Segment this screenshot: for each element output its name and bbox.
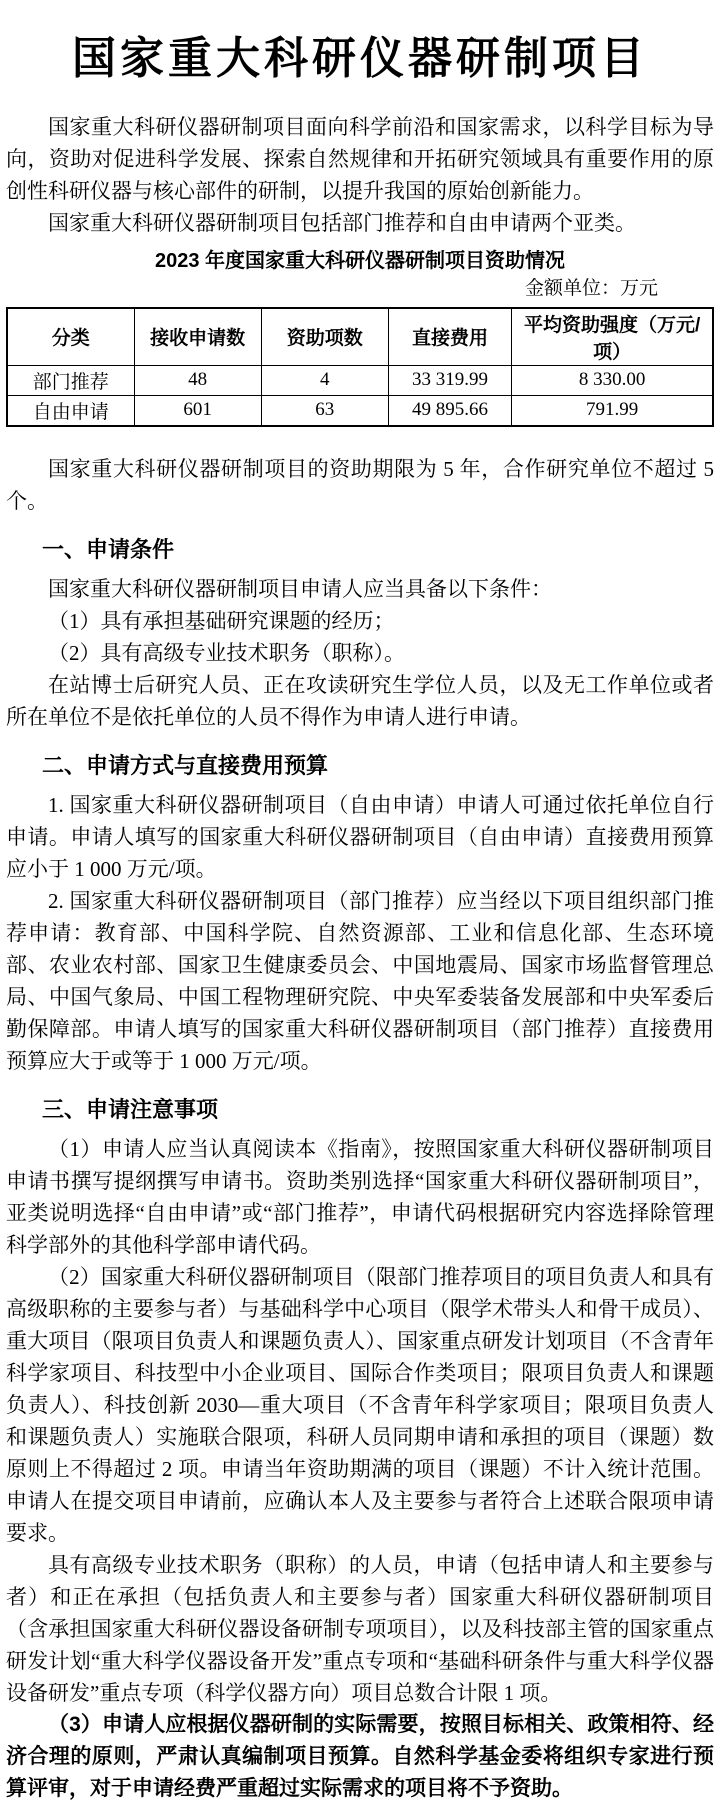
table-cell: 791.99 [512,395,713,426]
header-cell-average-intensity: 平均资助强度（万元/项） [512,308,713,366]
funding-table-unit-note: 金额单位：万元 [6,275,714,303]
section-application-conditions: 一、申请条件 国家重大科研仪器研制项目申请人应当具备以下条件： （1）具有承担基… [6,535,714,733]
document-title: 国家重大科研仪器研制项目 [6,34,714,85]
paragraph-budget-warning: （3）申请人应根据仪器研制的实际需要，按照目标相关、政策相符、经济合理的原则，严… [6,1709,714,1805]
table-cell: 601 [134,395,261,426]
intro-paragraph-2: 国家重大科研仪器研制项目包括部门推荐和自由申请两个亚类。 [6,207,714,239]
paragraph: （2）具有高级专业技术职务（职称）。 [6,637,714,669]
paragraph: （1）具有承担基础研究课题的经历； [6,605,714,637]
table-row-department-recommendation: 部门推荐 48 4 33 319.99 8 330.00 [7,365,713,395]
section-application-method-budget: 二、申请方式与直接费用预算 1. 国家重大科研仪器研制项目（自由申请）申请人可通… [6,751,714,1077]
document-page: 国家重大科研仪器研制项目 国家重大科研仪器研制项目面向科学前沿和国家需求，以科学… [0,0,720,1820]
header-cell-category: 分类 [7,308,134,366]
table-cell: 49 895.66 [388,395,512,426]
funding-table-header-row: 分类 接收申请数 资助项数 直接费用 平均资助强度（万元/项） [7,308,713,366]
paragraph: 具有高级专业技术职务（职称）的人员，申请（包括申请人和主要参与者）和正在承担（包… [6,1549,714,1709]
section-application-notes: 三、申请注意事项 （1）申请人应当认真阅读本《指南》，按照国家重大科研仪器研制项… [6,1095,714,1805]
table-cell: 8 330.00 [512,365,713,395]
paragraph: 2. 国家重大科研仪器研制项目（部门推荐）应当经以下项目组织部门推荐申请：教育部… [6,885,714,1077]
intro-paragraph-1: 国家重大科研仪器研制项目面向科学前沿和国家需求，以科学目标为导向，资助对促进科学… [6,111,714,207]
table-cell: 4 [261,365,388,395]
paragraph: （2）国家重大科研仪器研制项目（限部门推荐项目的项目负责人和具有高级职称的主要参… [6,1261,714,1549]
header-cell-direct-cost: 直接费用 [388,308,512,366]
paragraph: 1. 国家重大科研仪器研制项目（自由申请）申请人可通过依托单位自行申请。申请人填… [6,789,714,885]
table-cell: 63 [261,395,388,426]
funding-table-caption: 2023 年度国家重大科研仪器研制项目资助情况 [6,247,714,275]
header-cell-funded-count: 资助项数 [261,308,388,366]
funding-period-paragraph: 国家重大科研仪器研制项目的资助期限为 5 年，合作研究单位不超过 5 个。 [6,453,714,517]
section-3-heading: 三、申请注意事项 [6,1095,714,1125]
table-cell: 部门推荐 [7,365,134,395]
table-row-free-application: 自由申请 601 63 49 895.66 791.99 [7,395,713,426]
table-cell: 33 319.99 [388,365,512,395]
funding-table: 分类 接收申请数 资助项数 直接费用 平均资助强度（万元/项） 部门推荐 48 … [6,307,714,427]
section-1-heading: 一、申请条件 [6,535,714,565]
paragraph: （1）申请人应当认真阅读本《指南》，按照国家重大科研仪器研制项目申请书撰写提纲撰… [6,1133,714,1261]
section-2-heading: 二、申请方式与直接费用预算 [6,751,714,781]
table-cell: 自由申请 [7,395,134,426]
paragraph: 国家重大科研仪器研制项目申请人应当具备以下条件： [6,573,714,605]
paragraph: 在站博士后研究人员、正在攻读研究生学位人员，以及无工作单位或者所在单位不是依托单… [6,669,714,733]
header-cell-applications-received: 接收申请数 [134,308,261,366]
table-cell: 48 [134,365,261,395]
